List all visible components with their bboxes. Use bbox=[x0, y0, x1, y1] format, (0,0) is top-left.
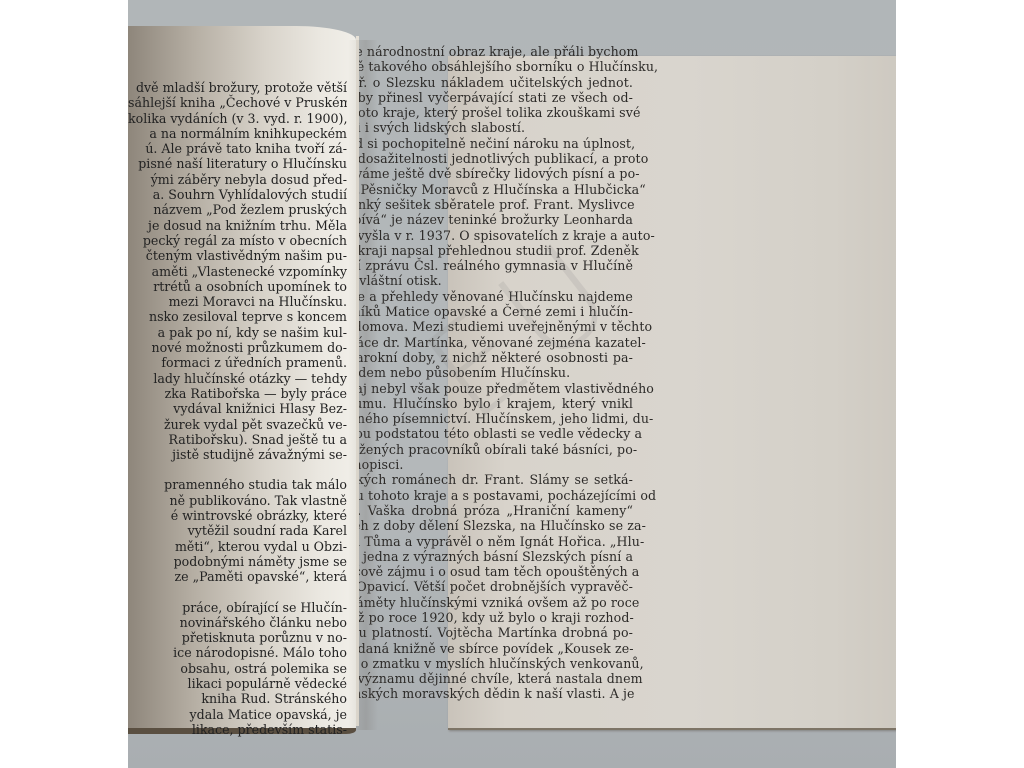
text-line: čteným vlastivědným našim pu- bbox=[128, 248, 347, 263]
text-line: a. Souhrn Vyhlídalových studií bbox=[128, 187, 347, 202]
text-line: likace, především statis- bbox=[128, 722, 347, 737]
text-line: práce, obírající se Hlučín- bbox=[128, 600, 347, 615]
book-photo: tická, zachycuje národnostní obraz kraje… bbox=[128, 0, 896, 768]
text-line: novinářského článku nebo bbox=[128, 615, 347, 630]
text-line: nsko zesiloval teprve s koncem bbox=[128, 309, 347, 324]
text-line: je dosud na knižním trhu. Měla bbox=[128, 218, 347, 233]
text-line: Ratibořsku). Snad ještě tu a bbox=[128, 432, 347, 447]
text-line: vytěžil soudní rada Karel bbox=[128, 523, 347, 538]
text-line: vydával knižnici Hlasy Bez- bbox=[128, 401, 347, 416]
text-line: a na normálním knihkupeckém bbox=[128, 126, 347, 141]
spine-shadow bbox=[348, 40, 378, 730]
text-line: pramenného studia tak málo bbox=[128, 477, 347, 492]
text-line: názvem „Pod žezlem pruských bbox=[128, 202, 347, 217]
text-line: ú. Ale právě tato kniha tvoří zá- bbox=[128, 141, 347, 156]
text-line: dvě mladší brožury, protože větší bbox=[128, 80, 347, 95]
text-line: sáhlejší kniha „Čechové v Pruském bbox=[128, 95, 347, 110]
text-line: přetisknuta porůznu v no- bbox=[128, 630, 347, 645]
text-line: ými záběry nebyla dosud před- bbox=[128, 172, 347, 187]
text-line: jistě studijně závažnými se- bbox=[128, 447, 347, 462]
text-line: aměti „Vlastenecké vzpomínky bbox=[128, 264, 347, 279]
text-line: formaci z úředních pramenů. bbox=[128, 355, 347, 370]
text-line: kniha Rud. Stránského bbox=[128, 691, 347, 706]
text-line: ydala Matice opavská, je bbox=[128, 707, 347, 722]
text-line: lady hlučínské otázky — tehdy bbox=[128, 371, 347, 386]
text-line: rtrétů a osobních upomínek to bbox=[128, 279, 347, 294]
text-line: měti“, kterou vydal u Obzi- bbox=[128, 539, 347, 554]
text-line: ice národopisné. Málo toho bbox=[128, 645, 347, 660]
text-line: nové možnosti průzkumem do- bbox=[128, 340, 347, 355]
text-line: a pak po ní, kdy se našim kul- bbox=[128, 325, 347, 340]
text-line: é wintrovské obrázky, které bbox=[128, 508, 347, 523]
text-line: obsahu, ostrá polemika se bbox=[128, 661, 347, 676]
text-line bbox=[128, 585, 347, 600]
text-line: podobnými náměty jsme se bbox=[128, 554, 347, 569]
text-line: likaci populárně vědecké bbox=[128, 676, 347, 691]
left-page: dvě mladší brožury, protože většísáhlejš… bbox=[128, 26, 356, 734]
text-line bbox=[128, 462, 347, 477]
text-line: ně publikováno. Tak vlastně bbox=[128, 493, 347, 508]
text-line: pisné naší literatury o Hlučínsku bbox=[128, 156, 347, 171]
text-line: žurek vydal pět svazečků ve- bbox=[128, 417, 347, 432]
text-line: mezi Moravci na Hlučínsku. bbox=[128, 294, 347, 309]
text-line: pecký regál za místo v obecních bbox=[128, 233, 347, 248]
text-line: kolika vydáních (v 3. vyd. r. 1900), bbox=[128, 111, 347, 126]
text-line: zka Ratibořska — byly práce bbox=[128, 386, 347, 401]
text-line: ze „Paměti opavské“, která bbox=[128, 569, 347, 584]
left-page-text: dvě mladší brožury, protože většísáhlejš… bbox=[128, 80, 347, 737]
